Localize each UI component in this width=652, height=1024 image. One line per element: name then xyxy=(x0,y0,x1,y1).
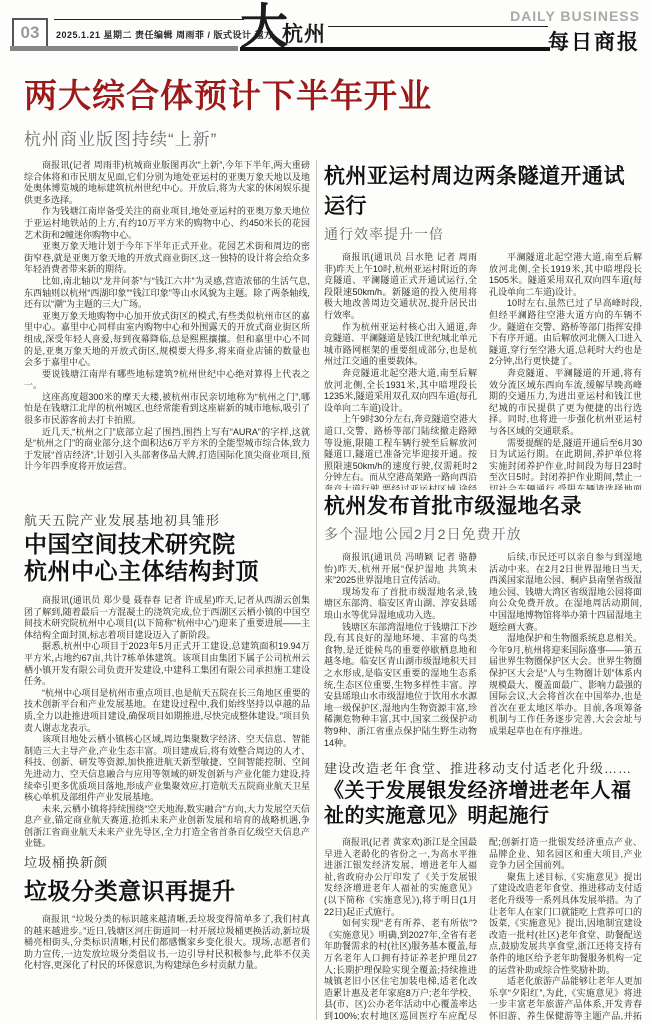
silver-kicker: 建设改造老年食堂、推进移动支付适老化升级…… xyxy=(324,758,642,777)
paragraph: 该项目地处云栖小镇核心区域,周边集聚数字经济、空天信息、智能制造三大主导产业,产… xyxy=(24,734,310,804)
paragraph: 亚奥万象天地计划于今年下半年正式开业。花园艺术街和周边的密街窄巷,就是亚奥万象天… xyxy=(24,241,310,276)
paragraph: 商报讯 “垃圾分类的标识越来越清晰,丢垃圾变得简单多了,我们村真的越来越进步。”… xyxy=(24,914,310,972)
garbage-article: 垃圾桶换新颜 垃圾分类意识再提升 商报讯 “垃圾分类的标识越来越清晰,丢垃圾变得… xyxy=(24,852,310,1012)
paragraph: 商报讯(通讯员 冯晴颖 记者 骆静怡)昨天,杭州开展“保护湿地 共筑未来”202… xyxy=(324,552,477,587)
wetland-subhead: 多个湿地公园2月2日免费开放 xyxy=(324,524,642,544)
silver-headline: 《关于发展银发经济增进老年人福祉的实施意见》明起施行 xyxy=(324,779,642,829)
paragraph: 近几天,“杭州之门”底部立起了围挡,围挡上写有“AURA”的字样,这就是“杭州之… xyxy=(24,427,310,473)
paragraph: 聚焦上述目标,《实施意见》提出了建设改造老年食堂、推进移动支付适老化升级等一系列… xyxy=(489,872,642,976)
page-number: 03 xyxy=(12,18,48,48)
tunnel-article: 杭州亚运村周边两条隧道开通试运行 通行效率提升一倍 商报讯(通讯员 吕水艳 记者… xyxy=(324,160,642,490)
paragraph: 10时左右,虽然已过了早高峰时段,但经平澜路往空港大道方向的车辆不少。隧道在交警… xyxy=(489,298,642,368)
silver-body: 商报讯(记者 黄家欢)浙江是全国最早进入老龄化的省份之一,为高水平推进浙江银发经… xyxy=(324,837,642,1020)
garbage-headline: 垃圾分类意识再提升 xyxy=(24,873,310,906)
wetland-body: 商报讯(通讯员 冯晴颖 记者 骆静怡)昨天,杭州开展“保护湿地 共筑未来”202… xyxy=(324,552,642,758)
wetland-article: 杭州发布首批市级湿地名录 多个湿地公园2月2日免费开放 商报讯(通讯员 冯晴颖 … xyxy=(324,490,642,758)
lead-subhead: 杭州商业版图持续“上新” xyxy=(24,125,642,150)
paragraph: 奔竞隧道北起空港大道,南至后解放河北侧,全长1931米,其中暗埋段长1235米,… xyxy=(324,368,477,414)
paragraph: 奔竞隧道、平澜隧道的开通,将有效分流区域东西向车流,缓解早晚高峰期的交通压力,为… xyxy=(489,368,642,438)
paragraph: 作为钱塘江南岸备受关注的商业项目,地处亚运村的亚奥万象天地位于亚运村地铁站的上方… xyxy=(24,206,310,241)
paragraph: 需要提醒的是,隧道开通后至6月30日为试运行期。在此期间,养护单位将实施封闭养护… xyxy=(489,438,642,491)
paragraph: 现场发布了首批市级湿地名录,钱塘区东部湾、临安区青山湖、淳安县瑶琅山水等优异湿地… xyxy=(324,587,477,622)
tunnel-subhead: 通行效率提升一倍 xyxy=(324,224,642,244)
column-divider-rule xyxy=(316,160,317,1020)
paragraph: 作为杭州亚运村核心出入通道,奔竞隧道、平澜隧道是钱江世纪城北单元城市路网框架的重… xyxy=(324,322,477,368)
newspaper-page: 03 2025.1.21 星期二 责任编辑 周雨菲 / 版式设计 越方 大 杭州… xyxy=(0,0,652,1024)
paragraph: 钱塘区东部湾湿地位于钱塘江下沙段,有其良好的湿地环境、丰富的鸟类食物,是迁徙候鸟… xyxy=(324,622,477,750)
paragraph: 湿地保护和生物圈系统息息相关。今年9月,杭州将迎来国际盛事——第五届世界生物圈保… xyxy=(489,633,642,737)
paragraph: 亚奥万象天地购物中心加开放式街区的模式,有些类似杭州市区的嘉里中心。嘉里中心同样… xyxy=(24,311,310,369)
aerospace-headline-line1: 中国空间技术研究院 xyxy=(24,531,310,558)
paragraph: 据悉,杭州中心项目于2023年5月正式开工建设,总建筑面积19.94万平方米,占… xyxy=(24,641,310,687)
lead-headline-block: 两大综合体预计下半年开业 杭州商业版图持续“上新” xyxy=(24,70,642,150)
silver-article: 建设改造老年食堂、推进移动支付适老化升级…… 《关于发展银发经济增进老年人福祉的… xyxy=(324,758,642,1020)
paragraph: 未来,云栖小镇将持续围绕“空天地海,数实融合”方向,大力发展空天信息产业,锚定商… xyxy=(24,804,310,850)
paragraph: 商报讯(通讯员 郑少曼 聂春春 记者 许成星)昨天,记者从西湖云创集团了解到,随… xyxy=(24,595,310,641)
content-columns: 商报讯(记者 周雨菲)杭城商业版图再次“上新”,今年下半年,两大重磅综合体将和市… xyxy=(10,160,642,1020)
brand-block: DAILY BUSINESS 每日商报 xyxy=(510,8,640,56)
aerospace-kicker: 航天五院产业发展基地初具雏形 xyxy=(24,510,310,529)
tunnel-headline: 杭州亚运村周边两条隧道开通试运行 xyxy=(324,160,642,220)
right-column: 杭州亚运村周边两条隧道开通试运行 通行效率提升一倍 商报讯(通讯员 吕水艳 记者… xyxy=(324,160,642,1020)
brand-chinese: 每日商报 xyxy=(510,26,640,56)
paragraph: 平澜隧道北起空港大道,南至后解放河北侧,全长1919米,其中暗埋段长1505米。… xyxy=(489,252,642,298)
paragraph: 后续,市民还可以亲自参与到湿地活动中来。在2月2日世界湿地日当天,西溪国家湿地公… xyxy=(489,552,642,633)
paragraph: 上午9时30分左右,奔竞隧道空港大道口,交警、路桥等部门陆续撤走路障等设施,限随… xyxy=(324,414,477,490)
paragraph: 商报讯(记者 黄家欢)浙江是全国最早进入老龄化的省份之一,为高水平推进浙江银发经… xyxy=(324,837,477,918)
paragraph: 商报讯(通讯员 吕水艳 记者 周雨菲)昨天上午10时,杭州亚运村附近的奔竞隧道、… xyxy=(324,252,477,322)
paragraph: 商报讯(记者 周雨菲)杭城商业版图再次“上新”,今年下半年,两大重磅综合体将和市… xyxy=(24,160,310,206)
tunnel-body: 商报讯(通讯员 吕水艳 记者 周雨菲)昨天上午10时,杭州亚运村附近的奔竞隧道、… xyxy=(324,252,642,490)
wetland-headline: 杭州发布首批市级湿地名录 xyxy=(324,490,642,520)
masthead: 大 杭州 xyxy=(240,2,390,52)
masthead-city: 杭州 xyxy=(282,18,326,48)
aerospace-headline-line2: 杭州中心主体结构封顶 xyxy=(24,558,310,585)
lead-article-body: 商报讯(记者 周雨菲)杭城商业版图再次“上新”,今年下半年,两大重磅综合体将和市… xyxy=(24,160,310,496)
paragraph: “杭州中心项目是杭州市重点项目,也是航天五院在长三角地区重要的技术创新平台和产业… xyxy=(24,688,310,734)
header-rule-thick-right xyxy=(240,47,550,51)
aerospace-article: 航天五院产业发展基地初具雏形 中国空间技术研究院 杭州中心主体结构封顶 商报讯(… xyxy=(24,510,310,852)
paragraph: 要说钱塘江南岸有哪些地标建筑?杭州世纪中心绝对算得上代表之一。 xyxy=(24,369,310,392)
header-rule-thick-left xyxy=(10,46,238,51)
aerospace-body: 商报讯(通讯员 郑少曼 聂春春 记者 许成星)昨天,记者从西湖云创集团了解到,随… xyxy=(24,595,310,850)
paragraph: 这座高度超300米的摩天大楼,被杭州市民亲切地称为“杭州之门”,哪怕是在钱塘江北… xyxy=(24,392,310,427)
paragraph: 比如,南北轴以“龙井问茶”与“钱江六井”为灵感,营造浓郁的生活气息,东西轴则以杭… xyxy=(24,276,310,311)
left-column: 商报讯(记者 周雨菲)杭城商业版图再次“上新”,今年下半年,两大重磅综合体将和市… xyxy=(10,160,310,1020)
lead-headline: 两大综合体预计下半年开业 xyxy=(24,70,642,117)
header-rule-thin-left xyxy=(54,19,244,20)
garbage-kicker: 垃圾桶换新颜 xyxy=(24,852,310,871)
brand-english: DAILY BUSINESS xyxy=(510,8,640,24)
page-header: 03 2025.1.21 星期二 责任编辑 周雨菲 / 版式设计 越方 大 杭州… xyxy=(10,6,642,56)
garbage-body: 商报讯 “垃圾分类的标识越来越清晰,丢垃圾变得简单多了,我们村真的越来越进步。”… xyxy=(24,914,310,972)
